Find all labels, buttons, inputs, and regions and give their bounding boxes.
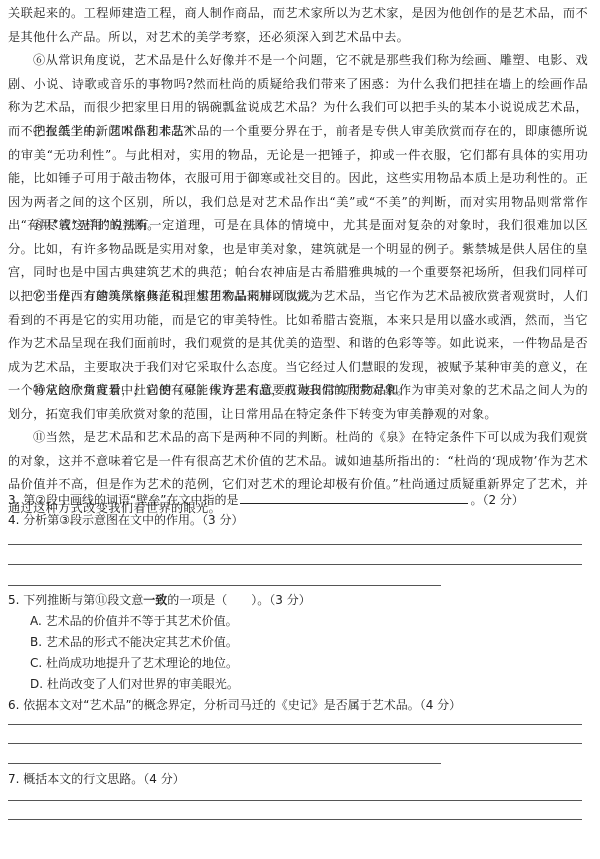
answer-line[interactable] <box>8 585 441 586</box>
answer-line[interactable] <box>8 564 582 565</box>
option-b[interactable]: B. 艺术品的形式不能决定其艺术价值。 <box>30 633 238 651</box>
question-3: 3. 第②段中画线的词语“壁垒”在文中指的是。（2 分） <box>8 490 524 509</box>
option-d[interactable]: D. 杜尚改变了人们对世界的审美眼光。 <box>30 675 239 693</box>
paragraph-5-tail: 关联起来的。工程师建造工程，商人制作商品，而艺术家所以为艺术家，是因为他创作的是… <box>8 2 588 49</box>
answer-line[interactable] <box>8 819 582 820</box>
question-5-prefix: 5. 下列推断与第⑪段文意 <box>8 593 143 607</box>
question-4: 4. 分析第③段示意图在文中的作用。（3 分） <box>8 511 243 529</box>
question-3-suffix: 。（2 分） <box>470 493 523 507</box>
question-7: 7. 概括本文的行文思路。（4 分） <box>8 770 185 788</box>
answer-line[interactable] <box>8 724 582 725</box>
question-3-prefix: 3. 第②段中画线的词语“壁垒”在文中指的是 <box>8 493 238 507</box>
paragraph-10: ⑩从这个角度看，杜尚的《泉》或许是有意要打破日常实用物品和作为审美对象的艺术品之… <box>8 379 588 426</box>
question-5-suffix: 的一项是（ ）。（3 分） <box>167 593 310 607</box>
answer-line[interactable] <box>8 763 441 764</box>
option-c[interactable]: C. 杜尚成功地提升了艺术理论的地位。 <box>30 654 238 672</box>
answer-line[interactable] <box>8 544 582 545</box>
option-a[interactable]: A. 艺术品的价值并不等于其艺术价值。 <box>30 612 238 630</box>
question-3-answer-blank[interactable] <box>240 490 468 504</box>
answer-line[interactable] <box>8 800 582 801</box>
question-5: 5. 下列推断与第⑪段文意一致的一项是（ ）。（3 分） <box>8 591 311 609</box>
question-6: 6. 依据本文对“艺术品”的概念界定，分析司马迁的《史记》是否属于艺术品。（4 … <box>8 696 461 714</box>
answer-line[interactable] <box>8 743 582 744</box>
question-5-emphasis: 一致 <box>143 593 167 607</box>
